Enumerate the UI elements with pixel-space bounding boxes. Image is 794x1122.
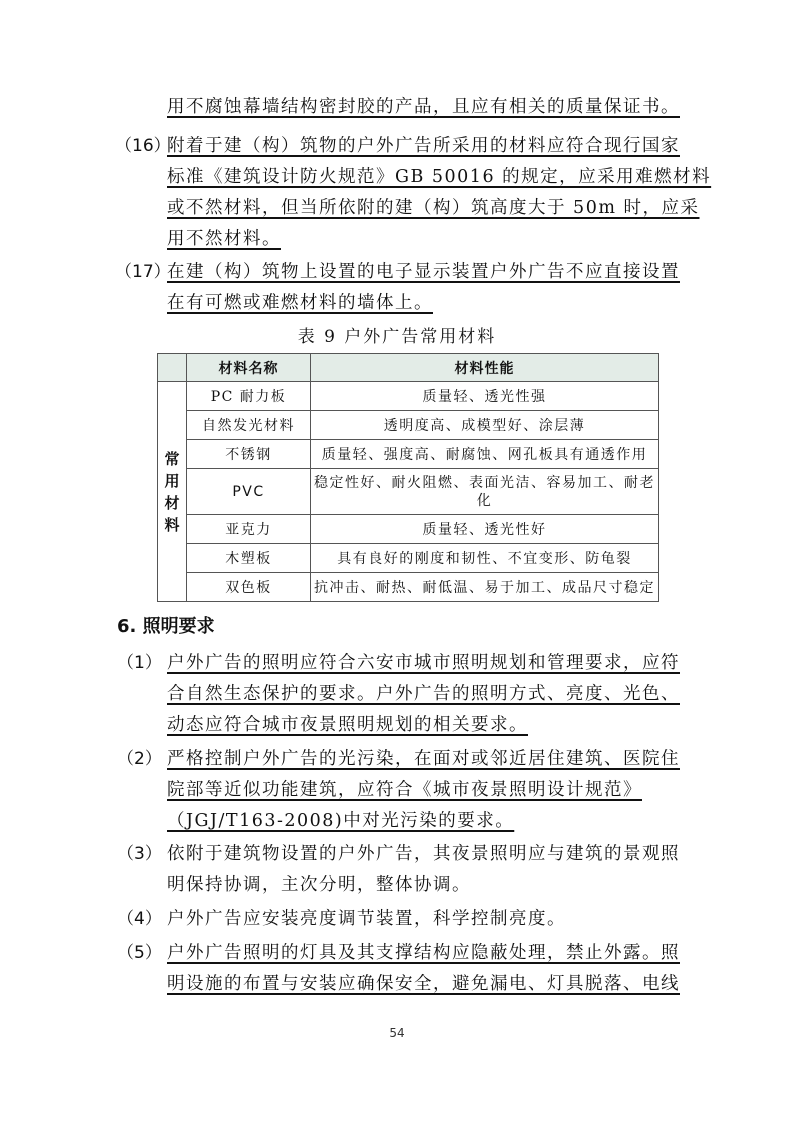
item-17-line-1: 在建（构）筑物上设置的电子显示装置户外广告不应直接设置 (167, 259, 680, 285)
material-property: 透明度高、成模型好、涂层薄 (311, 411, 659, 440)
material-name: 双色板 (187, 573, 311, 602)
lighting-item-number-4: （4） (117, 906, 162, 932)
lighting-item-5-line-1: 户外广告照明的灯具及其支撑结构应隐蔽处理，禁止外露。照 (167, 940, 680, 966)
document-page: 用不腐蚀幕墙结构密封胶的产品，且应有相关的质量保证书。 （16） 附着于建（构）… (0, 0, 794, 1122)
header-material-property: 材料性能 (311, 354, 659, 382)
lighting-item-number-3: （3） (117, 841, 162, 867)
material-property: 质量轻、强度高、耐腐蚀、网孔板具有通透作用 (311, 440, 659, 469)
item-16-line-3: 或不然材料，但当所依附的建（构）筑高度大于 50m 时，应采 (167, 195, 700, 221)
material-name: 自然发光材料 (187, 411, 311, 440)
material-property: 具有良好的刚度和韧性、不宜变形、防龟裂 (311, 544, 659, 573)
table-row: 常 用 材 料 PC 耐力板 质量轻、透光性强 (158, 382, 659, 411)
item-16-line-1: 附着于建（构）筑物的户外广告所采用的材料应符合现行国家 (167, 133, 680, 159)
table-row: 木塑板 具有良好的刚度和韧性、不宜变形、防龟裂 (158, 544, 659, 573)
table-header-row: 材料名称 材料性能 (158, 354, 659, 382)
section-heading: 6. 照明要求 (117, 612, 215, 638)
group-label-cell: 常 用 材 料 (158, 382, 187, 602)
material-property: 质量轻、透光性强 (311, 382, 659, 411)
lighting-item-2-line-3: （JGJ/T163-2008)中对光污染的要求。 (167, 808, 514, 834)
lighting-item-number-2: （2） (117, 746, 162, 772)
lighting-item-2-line-1: 严格控制户外广告的光污染，在面对或邻近居住建筑、医院住 (167, 746, 680, 772)
material-name: PC 耐力板 (187, 382, 311, 411)
lighting-item-1-line-2: 合自然生态保护的要求。户外广告的照明方式、亮度、光色、 (167, 681, 680, 707)
lighting-item-1-line-3: 动态应符合城市夜景照明规划的相关要求。 (167, 712, 528, 738)
item-number-17: （17） (115, 259, 171, 285)
material-name: 不锈钢 (187, 440, 311, 469)
item-16-line-4: 用不然材料。 (167, 226, 281, 252)
material-property: 稳定性好、耐火阻燃、表面光洁、容易加工、耐老化 (311, 469, 659, 515)
item-17-line-2: 在有可燃或难燃材料的墙体上。 (167, 290, 433, 316)
group-label: 常 用 材 料 (158, 448, 186, 536)
continuation-line: 用不腐蚀幕墙结构密封胶的产品，且应有相关的质量保证书。 (167, 94, 680, 120)
lighting-item-number-1: （1） (117, 650, 162, 676)
material-property: 质量轻、透光性好 (311, 515, 659, 544)
lighting-item-4-line-1: 户外广告应安装亮度调节装置，科学控制亮度。 (167, 906, 566, 932)
item-16-line-2: 标准《建筑设计防火规范》GB 50016 的规定，应采用难燃材料 (167, 164, 711, 190)
table-caption: 表 9 户外广告常用材料 (0, 322, 794, 347)
lighting-item-2-line-2: 院部等近似功能建筑，应符合《城市夜景照明设计规范》 (167, 777, 642, 803)
lighting-item-3-line-2: 明保持协调，主次分明，整体协调。 (167, 872, 471, 898)
item-number-16: （16） (115, 133, 171, 159)
material-property: 抗冲击、耐热、耐低温、易于加工、成品尺寸稳定 (311, 573, 659, 602)
header-blank (158, 354, 187, 382)
material-name: PVC (187, 469, 311, 515)
header-material-name: 材料名称 (187, 354, 311, 382)
table-row: 不锈钢 质量轻、强度高、耐腐蚀、网孔板具有通透作用 (158, 440, 659, 469)
material-name: 木塑板 (187, 544, 311, 573)
lighting-item-1-line-1: 户外广告的照明应符合六安市城市照明规划和管理要求，应符 (167, 650, 680, 676)
table-row: 自然发光材料 透明度高、成模型好、涂层薄 (158, 411, 659, 440)
lighting-item-number-5: （5） (117, 940, 162, 966)
page-number: 54 (0, 1026, 794, 1040)
lighting-item-3-line-1: 依附于建筑物设置的户外广告，其夜景照明应与建筑的景观照 (167, 841, 680, 867)
lighting-item-5-line-2: 明设施的布置与安装应确保安全，避免漏电、灯具脱落、电线 (167, 971, 680, 997)
material-name: 亚克力 (187, 515, 311, 544)
table-row: 双色板 抗冲击、耐热、耐低温、易于加工、成品尺寸稳定 (158, 573, 659, 602)
table-row: 亚克力 质量轻、透光性好 (158, 515, 659, 544)
materials-table: 材料名称 材料性能 常 用 材 料 PC 耐力板 质量轻、透光性强 自然发光材料 (157, 353, 659, 602)
table-row: PVC 稳定性好、耐火阻燃、表面光洁、容易加工、耐老化 (158, 469, 659, 515)
